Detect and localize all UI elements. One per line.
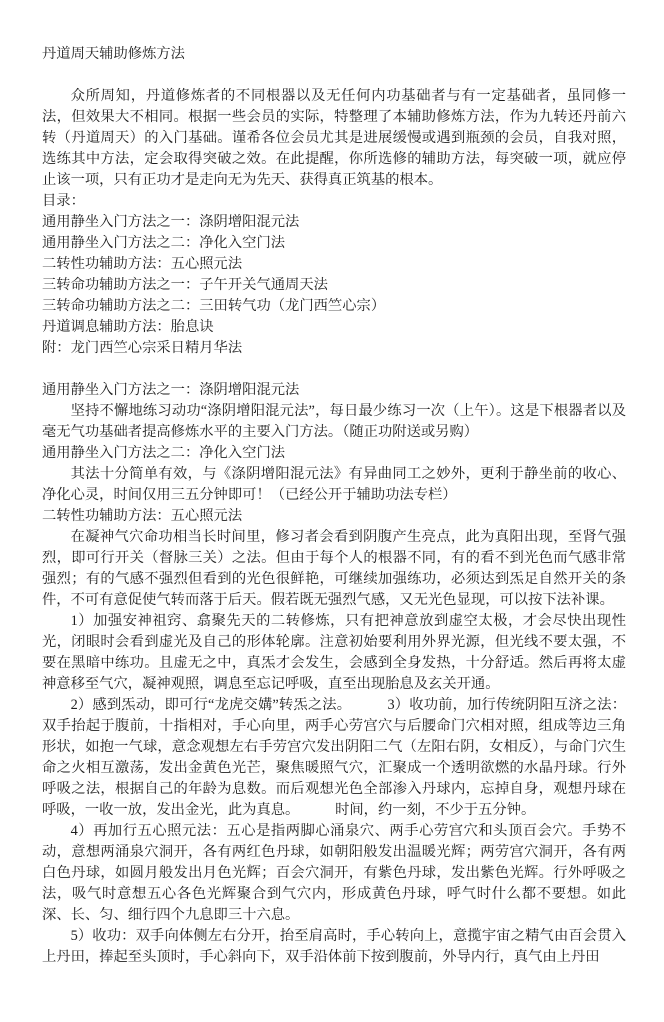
section-heading: 通用静坐入门方法之一：涤阴增阳混元法 [42, 380, 626, 401]
body-paragraph: 坚持不懈地练习动功“涤阴增阳混元法”，每日最少练习一次（上午）。这是下根器者以及… [42, 401, 626, 443]
body-paragraph: 5）收功：双手向体侧左右分开，抬至肩高时，手心转向上，意揽宇宙之精气由百会贯入上… [42, 926, 626, 968]
intro-paragraph: 众所周知，丹道修炼者的不同根器以及无任何内功基础者与有一定基础者，虽同修一法，但… [42, 86, 626, 191]
toc-item: 三转命功辅助方法之一：子午开关气通周天法 [42, 275, 626, 296]
blank-line [42, 359, 626, 380]
body-paragraph: 4）再加行五心照元法：五心是指两脚心涌泉穴、两手心劳宫穴和头顶百会穴。手势不动，… [42, 821, 626, 926]
body-paragraph: 1）加强安神祖窍、翕聚先天的二转修炼，只有把神意放到虚空太极，才会尽快出现性光，… [42, 611, 626, 695]
toc-item: 三转命功辅助方法之二：三田转气功（龙门西竺心宗） [42, 296, 626, 317]
toc-item: 通用静坐入门方法之一：涤阴增阳混元法 [42, 212, 626, 233]
document-page: 丹道周天辅助修炼方法 众所周知，丹道修炼者的不同根器以及无任何内功基础者与有一定… [0, 0, 664, 1022]
blank-line [42, 65, 626, 86]
body-paragraph: 2）感到炁动，即可行“龙虎交媾”转炁之法。 3）收功前，加行传统阴阳互济之法：双… [42, 695, 626, 821]
toc-item: 通用静坐入门方法之二：净化入空门法 [42, 233, 626, 254]
document-title: 丹道周天辅助修炼方法 [42, 44, 626, 65]
toc-item: 附：龙门西竺心宗采日精月华法 [42, 338, 626, 359]
toc-item: 丹道调息辅助方法：胎息诀 [42, 317, 626, 338]
body-paragraph: 在凝神气穴命功相当长时间里，修习者会看到阴腹产生亮点，此为真阳出现，至肾气强烈，… [42, 527, 626, 611]
toc-item: 二转性功辅助方法：五心照元法 [42, 254, 626, 275]
toc-heading: 目录： [42, 191, 626, 212]
body-paragraph: 其法十分简单有效，与《涤阴增阳混元法》有异曲同工之妙外，更利于静坐前的收心、净化… [42, 464, 626, 506]
section-heading: 通用静坐入门方法之二：净化入空门法 [42, 443, 626, 464]
section-heading: 二转性功辅助方法：五心照元法 [42, 506, 626, 527]
